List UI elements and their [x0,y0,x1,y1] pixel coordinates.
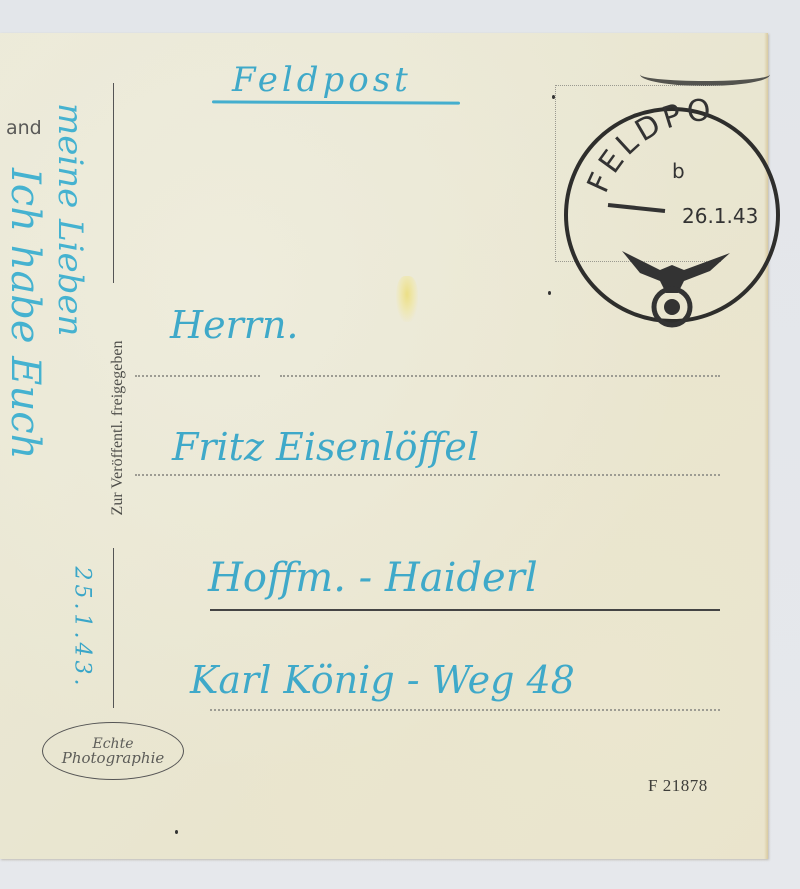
handwritten-date-text: 25.1.43. [70,567,95,690]
address-dotted-line-4 [210,709,720,711]
paper-stain [396,276,418,322]
speck [548,291,551,295]
partial-postmark-arc [640,63,770,86]
address-dotted-line-1b [280,375,720,377]
photo-mark: Echte Photographie [42,722,184,780]
postmark-icon: FELDPO b 26.1.43 [560,95,790,357]
handwritten-date: 25.1.43. [62,533,102,723]
speck [552,95,555,99]
address-line-2: Fritz Eisenlöffel [172,425,479,469]
feldpost-header: Feldpost [232,60,412,100]
photo-mark-line2: Photographie [62,751,165,766]
postcard: and meine Lieben Ich habe Euch Liebe Grü… [0,33,768,859]
catalog-code: F 21878 [648,776,708,796]
address-line-3: Hoffm. - Haiderl [208,555,538,601]
address-dotted-line-2 [135,474,720,476]
postmark-letter: b [672,159,685,183]
postmark-date: 26.1.43 [682,204,758,228]
feldpost-underline [212,100,460,104]
speck [175,830,178,834]
postmark-text: FELDPO [581,95,716,198]
vertical-caption-text: Zur Veröffentl. freigegeben [109,341,127,516]
svg-text:FELDPO: FELDPO [581,95,716,198]
address-line-4: Karl König - Weg 48 [190,658,575,702]
message-line-2: Ich habe Euch [2,168,48,459]
address-dotted-line-1a [135,375,260,377]
divider-line-top [113,83,114,283]
address-line-1: Herrn. [170,303,299,347]
message-line-3: Liebe Grüße [0,423,4,688]
message-line-1: meine Lieben [50,103,90,336]
address-solid-line-3 [210,609,720,611]
